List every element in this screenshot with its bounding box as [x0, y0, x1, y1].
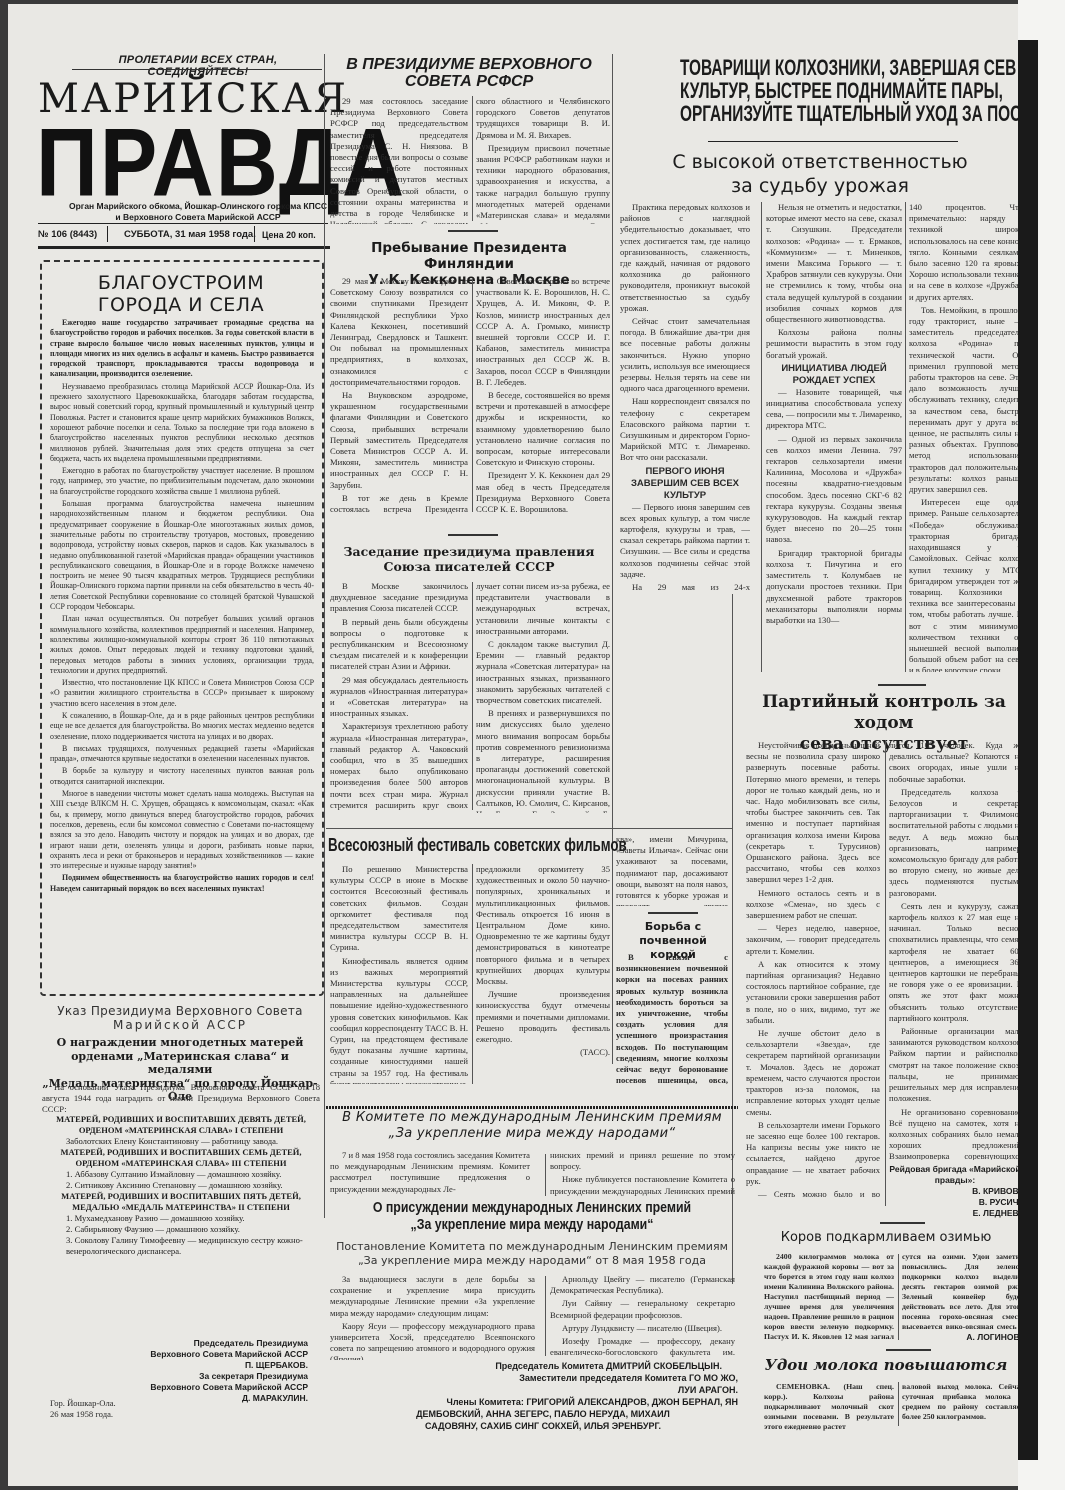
- decree-place: Гор. Йошкар-Ола.: [50, 1398, 170, 1409]
- front-page-banner: ТОВАРИЩИ КОЛХОЗНИКИ, ЗАВЕРШАЯ СЕВ ЯРОВЫХ…: [620, 56, 1020, 125]
- paragraph: На основании Указа Президиума Верховного…: [42, 1082, 320, 1112]
- article-body-party-col2: лится 105 человек. Куда же девались оста…: [889, 740, 1023, 1160]
- title-line: С высокой ответственностью: [620, 150, 1020, 174]
- paragraph: В борьбе за культуру и чистоту населенны…: [50, 766, 314, 787]
- scan-shadow: [1018, 40, 1038, 1460]
- title-line: за судьбу урожая: [620, 174, 1020, 198]
- article-body-harvest-col3: 140 процентов. Что примечательно: наряду…: [909, 202, 1023, 672]
- paragraph: Известно, что постановление ЦК КПСС и Со…: [50, 678, 314, 709]
- column-rule: [898, 1382, 899, 1426]
- paragraph: Сеять лен и кукурузу, сажать картофель к…: [889, 901, 1023, 1024]
- decree-place-date: Гор. Йошкар-Ола. 26 мая 1958 года.: [50, 1398, 170, 1420]
- cows-author: А. ЛОГИНОВ.: [902, 1332, 1022, 1343]
- title-line: „За укрепление мира между народами“: [326, 1126, 738, 1142]
- award-group-heading: МАТЕРЕЙ, РОДИВШИХ И ВОСПИТАВШИХ ДЕВЯТЬ Д…: [42, 1114, 320, 1136]
- author-name: В. РУСИЧ.: [889, 1197, 1021, 1208]
- column-rule: [905, 202, 906, 672]
- column-rule: [898, 1254, 899, 1340]
- paragraph: Не организовано соревнование. Всё пущено…: [889, 1107, 1023, 1161]
- paragraph: Тов. Немойкин, в прошлом году тракторист…: [909, 305, 1023, 495]
- signature-title: За секретаря Президиума: [118, 1371, 308, 1382]
- article-body-presidium-col1: 29 мая состоялось заседание Президиума В…: [330, 96, 468, 224]
- article-title-milk: Удои молока повышаются: [748, 1356, 1024, 1374]
- title-line: Союза писателей СССР: [328, 559, 610, 574]
- article-body-finland-col1: 29 мая в Москву из поездки по Советскому…: [330, 276, 468, 514]
- banner-line: ОРГАНИЗУЙТЕ ТЩАТЕЛЬНЫЙ УХОД ЗА ПОСЕВАМИ!: [680, 102, 960, 125]
- paragraph: Иозефу Громадке — профессору, декану ева…: [550, 1336, 735, 1360]
- decree-intro: На основании Указа Президиума Верховного…: [42, 1082, 320, 1112]
- divider: [648, 912, 698, 914]
- newspaper-page: ПРОЛЕТАРИИ ВСЕХ СТРАН, СОЕДИНЯЙТЕСЬ! МАР…: [8, 4, 1018, 1486]
- article-body-harvest-col2: Нельзя не отметить и недостатки, которые…: [766, 202, 902, 672]
- paragraph: Колхозы района полны решимости вырастить…: [766, 327, 902, 361]
- lenin-award-title: О присуждении международных Ленинских пр…: [326, 1200, 738, 1234]
- title-line: В ПРЕЗИДИУМЕ ВЕРХОВНОГО: [328, 56, 610, 73]
- subheading: ПЕРВОГО ИЮНЯ ЗАВЕРШИМ СЕВ ВСЕХ КУЛЬТУР: [620, 466, 750, 502]
- committee-deputies: Заместители председателя Комитета ГО МО …: [348, 1372, 738, 1384]
- paragraph: Сейчас стоит замечательная погода. В бли…: [620, 316, 750, 394]
- article-body-milk-col1: СЕМЕНОВКА. (Наш спец. корр.). Колхозы ра…: [764, 1382, 894, 1432]
- signature-title: Председатель Президиума: [118, 1338, 308, 1349]
- paragraph: По решению Министерства культуры СССР в …: [330, 864, 468, 954]
- award-recipient: 1. Аббазову Султанию Измайловну — домашн…: [42, 1169, 320, 1180]
- article-body-soil-crust: В связи с возникновением почвенной корки…: [616, 952, 728, 1086]
- committee-members-line: САДОВЯНУ, САХИБ СИНГ СОКХЕЙ, ИЛЬЯ ЭРЕНБУ…: [348, 1420, 738, 1432]
- article-body-party-col1: Неустойчивая погода нынешней весны не по…: [746, 740, 880, 1200]
- article-tail-previous: ква», имени Мичурина, «Заветы Ильича». С…: [616, 834, 728, 906]
- paragraph: 2400 килограммов молока от каждой фуражн…: [764, 1252, 894, 1342]
- paragraph: Ниже публикуется постановление Комитета …: [550, 1174, 735, 1198]
- paragraph: Районные организации мало занимаются рук…: [889, 1026, 1023, 1104]
- paragraph: Неустойчивая погода нынешней весны не по…: [746, 740, 880, 886]
- paragraph: сутся на озими. Удои заметно повысились.…: [902, 1252, 1024, 1332]
- masthead-organ: Орган Марийского обкома, Йошкар-Олинског…: [68, 201, 328, 223]
- title-line: ГОРОДА И СЕЛА: [42, 294, 320, 316]
- title-line: БЛАГОУСТРОИМ: [42, 272, 320, 294]
- paragraph: — Одной из первых закончила сев колхоз и…: [766, 434, 902, 546]
- editorial-title: БЛАГОУСТРОИМ ГОРОДА И СЕЛА: [42, 272, 320, 316]
- paragraph: К сожалению, в Йошкар-Оле, да и в ряде р…: [50, 711, 314, 742]
- article-body-film-col1: По решению Министерства культуры СССР в …: [330, 864, 468, 1084]
- issue-date: СУББОТА, 31 мая 1958 года.: [124, 229, 256, 240]
- paragraph: Кинофестиваль является одним из важных м…: [330, 956, 468, 1084]
- paragraph: Ежегодно наше государство затрачивает гр…: [50, 318, 314, 380]
- column-rule: [612, 54, 613, 1064]
- award-recipient: 2. Ситникову Аксинию Степановну — домашн…: [42, 1180, 320, 1191]
- article-title-film-festival: Всесоюзный фестиваль советских фильмов: [328, 834, 550, 856]
- paragraph: В беседе, состоявшейся во время встречи …: [476, 390, 610, 468]
- award-recipient: 3. Соколову Галину Тимофеевну — медицинс…: [42, 1235, 320, 1257]
- paragraph: Характеризуя трехлетнюю работу журнала «…: [330, 721, 468, 811]
- paragraph: За выдающиеся заслуги в деле борьбы за с…: [330, 1274, 535, 1319]
- paragraph: Интересен еще один пример. Раньше сельхо…: [909, 497, 1023, 672]
- title-line: Марийской АССР: [40, 1018, 320, 1032]
- title-line: Борьба с почвенной: [614, 920, 732, 948]
- paragraph: В связи с возникновением почвенной корки…: [616, 952, 728, 1086]
- award-group-heading: МАТЕРЕЙ, РОДИВШИХ И ВОСПИТАВШИХ ПЯТЬ ДЕТ…: [42, 1191, 320, 1213]
- heading-line: орденами „Материнская слава“ и медалями: [40, 1050, 320, 1077]
- paragraph: План начал осуществляться. Он потребует …: [50, 614, 314, 676]
- paragraph: На Внуковском аэродроме, украшенном госу…: [330, 390, 468, 491]
- banner-line: ТОВАРИЩИ КОЛХОЗНИКИ, ЗАВЕРШАЯ СЕВ ЯРОВЫХ: [680, 56, 960, 79]
- paragraph: Поднимем общественность на благоустройст…: [50, 873, 314, 894]
- decree-awards-list: МАТЕРЕЙ, РОДИВШИХ И ВОСПИТАВШИХ ДЕВЯТЬ Д…: [42, 1114, 320, 1257]
- article-body-finland-col2: С Советской стороны во встрече участвова…: [476, 276, 610, 516]
- divider: [880, 1222, 925, 1224]
- paragraph: На 29 мая из 24-х сельхозартелей района …: [620, 582, 750, 592]
- paragraph: В первый день были обсуждены вопросы о п…: [330, 617, 468, 673]
- paragraph: Каору Ясуи — профессору международного п…: [330, 1321, 535, 1360]
- column-rule: [545, 1276, 546, 1356]
- paragraph: В Москве закончилось двухдневное заседан…: [330, 581, 468, 615]
- lenin-committee-members: Председатель Комитета ДМИТРИЙ СКОБЕЛЬЦЫН…: [348, 1360, 738, 1432]
- title-line: Партийный контроль за ходом: [744, 692, 1024, 734]
- column-rule: [761, 202, 762, 672]
- paragraph: В тот же день в Кремле состоялась встреч…: [330, 493, 468, 514]
- article-body-presidium-col2: ского областного и Челябинского городско…: [476, 96, 610, 224]
- paragraph: 7 и 8 мая 1958 года состоялись заседания…: [330, 1150, 530, 1195]
- column-rule: [545, 1154, 546, 1196]
- divider: [38, 223, 328, 224]
- article-body-harvest-col1: Практика передовых колхозов и районов с …: [620, 202, 750, 592]
- paragraph: С докладом также выступил Д. Еремин — гл…: [476, 639, 610, 706]
- paragraph: Президиум присвоил почетные звания РСФСР…: [476, 143, 610, 224]
- party-control-byline: Рейдовая бригада «Марийской правды»: В. …: [889, 1164, 1021, 1219]
- column-rule: [472, 582, 473, 810]
- paragraph: В письмах трудящихся, полученных редакци…: [50, 744, 314, 765]
- paragraph: — Назовите товарищей, чья инициатива спо…: [766, 387, 902, 432]
- column-rule: [324, 1004, 325, 1218]
- article-body-writers-col2: лучает сотни писем из-за рубежа, ее пред…: [476, 581, 610, 813]
- issue-price: Цена 20 коп.: [262, 230, 316, 240]
- subtitle-line: Постановление Комитета по международным …: [326, 1240, 738, 1254]
- paragraph: 29 мая состоялось заседание Президиума В…: [330, 96, 468, 224]
- paragraph: Не лучше обстоит дело в сельхозартели «З…: [746, 1028, 880, 1118]
- paragraph: СЕМЕНОВКА. (Наш спец. корр.). Колхозы ра…: [764, 1382, 894, 1432]
- divider: [448, 534, 498, 536]
- decree-signatures: Председатель Президиума Верховного Совет…: [118, 1338, 308, 1404]
- subheading: ИНИЦИАТИВА ЛЮДЕЙ РОЖДАЕТ УСПЕХ: [766, 363, 902, 387]
- title-line: Заседание президиума правления: [328, 544, 610, 559]
- divider: [254, 226, 255, 242]
- signature-name: П. ЩЕРБАКОВ.: [118, 1360, 308, 1371]
- paragraph: — Через неделю, наверное, закончим, — го…: [746, 923, 880, 957]
- banner-line: КУЛЬТУР, БЫСТРЕЕ ПОДНИМАЙТЕ ПАРЫ,: [680, 79, 960, 102]
- column-rule: [472, 96, 473, 221]
- divider: [326, 828, 732, 829]
- paragraph: Немного осталось сеять и в колхозе «Смен…: [746, 888, 880, 922]
- editorial-body: Ежегодно наше государство затрачивает гр…: [50, 318, 314, 984]
- paragraph: ского областного и Челябинского городско…: [476, 96, 610, 141]
- subtitle-line: „За укрепление мира между народами“ от 8…: [326, 1254, 738, 1268]
- paragraph: — Первого июня завершим сев всех яровых …: [620, 502, 750, 580]
- article-title-cows: Коров подкармливаем озимью: [748, 1230, 1024, 1246]
- title-line: В Комитете по международным Ленинским пр…: [326, 1110, 738, 1126]
- award-group-heading: МАТЕРЕЙ, РОДИВШИХ И ВОСПИТАВШИХ СЕМЬ ДЕТ…: [42, 1147, 320, 1169]
- byline: Рейдовая бригада «Марийской правды»:: [889, 1164, 1021, 1186]
- paragraph: Нельзя не отметить и недостатки, которые…: [766, 202, 902, 325]
- article-body-cows-col1: 2400 килограммов молока от каждой фуражн…: [764, 1252, 894, 1342]
- article-body-cows-col2: сутся на озими. Удои заметно повысились.…: [902, 1252, 1024, 1332]
- heading-line: О награждении многодетных матерей: [40, 1036, 320, 1050]
- organ-line: и Верховного Совета Марийской АССР: [68, 212, 328, 223]
- paragraph: В сельхозартели имени Горького не засеян…: [746, 1120, 880, 1187]
- paragraph: Председатель колхоза т. Белоусов и секре…: [889, 787, 1023, 899]
- signature-title: Верховного Совета Марийской АССР: [118, 1382, 308, 1393]
- committee-members-line: ДЕМБОВСКИЙ, АННА ЗЕГЕРС, ПАБЛО НЕРУДА, М…: [348, 1408, 738, 1420]
- lenin-award-col1: За выдающиеся заслуги в деле борьбы за с…: [330, 1274, 535, 1360]
- paragraph: предложили оргкомитету 35 художественных…: [476, 864, 610, 987]
- committee-chair: Председатель Комитета ДМИТРИЙ СКОБЕЛЬЦЫН…: [348, 1360, 738, 1372]
- lenin-committee-col2: нинских премий и принял решение по этому…: [550, 1150, 735, 1198]
- paragraph: Наш корреспондент связался по телефону с…: [620, 396, 750, 463]
- paragraph: Лучшие произведения киноискусства будут …: [476, 989, 610, 1045]
- paragraph: Артуру Лундквисту — писателю (Швеция).: [550, 1323, 735, 1334]
- article-title-harvest: С высокой ответственностью за судьбу уро…: [620, 150, 1020, 198]
- organ-line: Орган Марийского обкома, Йошкар-Олинског…: [68, 201, 328, 212]
- column-rule: [472, 864, 473, 1084]
- paragraph: Многое в наведении чистоты может сделать…: [50, 789, 314, 871]
- article-body-writers-col1: В Москве закончилось двухдневное заседан…: [330, 581, 468, 811]
- paragraph: А как относится к этому партийная органи…: [746, 959, 880, 1026]
- paragraph: Бригадир тракторной бригады колхоза т. П…: [766, 548, 902, 626]
- article-title-writers: Заседание президиума правления Союза пис…: [328, 544, 610, 574]
- title-line: Указ Президиума Верховного Совета: [40, 1004, 320, 1018]
- paragraph: ква», имени Мичурина, «Заветы Ильича». С…: [616, 834, 728, 906]
- award-recipient: 1. Мухамедханову Разию — домашнюю хозяйк…: [42, 1213, 320, 1224]
- paragraph: Арнольду Цвейгу — писателю (Германская Д…: [550, 1274, 735, 1296]
- paragraph: лучает сотни писем из-за рубежа, ее пред…: [476, 581, 610, 637]
- divider: [708, 141, 958, 142]
- paragraph: Практика передовых колхозов и районов с …: [620, 202, 750, 314]
- title-line: Пребывание Президента Финляндии: [328, 240, 610, 272]
- source-credit: (ТАСС).: [476, 1047, 610, 1058]
- decree-title: Указ Президиума Верховного Совета Марийс…: [40, 1004, 320, 1032]
- lenin-committee-title: В Комитете по международным Ленинским пр…: [326, 1110, 738, 1142]
- paragraph: валовой выход молока. Сейчас суточная пр…: [902, 1382, 1024, 1422]
- paragraph: 29 мая обсуждалась деятельность журналов…: [330, 675, 468, 720]
- award-recipient: Заболотских Елену Константиновну — работ…: [42, 1136, 320, 1147]
- paragraph: 29 мая в Москву из поездки по Советскому…: [330, 276, 468, 388]
- paragraph: Неузнаваемо преобразилась столица Марийс…: [50, 382, 314, 464]
- decree-date: 26 мая 1958 года.: [50, 1409, 170, 1420]
- paragraph: — Сеять можно было и во вторую смену, — …: [746, 1189, 880, 1200]
- article-title-presidium: В ПРЕЗИДИУМЕ ВЕРХОВНОГО СОВЕТА РСФСР: [328, 56, 610, 90]
- title-line: СОВЕТА РСФСР: [328, 73, 610, 90]
- divider: [107, 226, 108, 242]
- paragraph: Ежегодно в работах по благоустройству уч…: [50, 466, 314, 497]
- masthead-slogan: ПРОЛЕТАРИИ ВСЕХ СТРАН, СОЕДИНЯЙТЕСЬ!: [72, 54, 324, 78]
- paragraph: В прениях и развернувшихся по ним дискус…: [476, 708, 610, 813]
- author-name: В. КРИВОВ.: [889, 1186, 1021, 1197]
- lenin-award-subtitle: Постановление Комитета по международным …: [326, 1240, 738, 1268]
- column-rule: [324, 54, 325, 1064]
- paragraph: Президент У. К. Кекконен дал 29 мая обед…: [476, 470, 610, 515]
- title-line: „За укрепление мира между народами“: [357, 1217, 707, 1234]
- lenin-award-col2: Арнольду Цвейгу — писателю (Германская Д…: [550, 1274, 735, 1360]
- column-rule: [885, 740, 886, 1206]
- title-line: О присуждении международных Ленинских пр…: [357, 1200, 707, 1217]
- divider: [72, 69, 322, 70]
- paragraph: нинских премий и принял решение по этому…: [550, 1150, 735, 1172]
- award-recipient: 2. Сабирьянову Фаузию — домашнюю хозяйку…: [42, 1224, 320, 1235]
- divider: [886, 1349, 931, 1351]
- divider: [878, 684, 926, 686]
- committee-members-line: Члены Комитета: ГРИГОРИЙ АЛЕКСАНДРОВ, ДЖ…: [348, 1396, 738, 1408]
- issue-number: № 106 (8443): [38, 229, 97, 240]
- divider: [326, 1106, 738, 1109]
- article-body-milk-col2: валовой выход молока. Сейчас суточная пр…: [902, 1382, 1024, 1432]
- committee-deputies: ЛУИ АРАГОН.: [348, 1384, 738, 1396]
- author-name: Е. ЛЕДНЕВ.: [889, 1208, 1021, 1219]
- lenin-committee-col1: 7 и 8 мая 1958 года состоялись заседания…: [330, 1150, 530, 1198]
- signature-title: Верховного Совета Марийской АССР: [118, 1349, 308, 1360]
- paragraph: 140 процентов. Что примечательно: наряду…: [909, 202, 1023, 303]
- paragraph: лится 105 человек. Куда же девались оста…: [889, 740, 1023, 785]
- divider: [448, 230, 498, 232]
- article-body-film-col2: предложили оргкомитету 35 художественных…: [476, 864, 610, 1086]
- column-rule: [472, 278, 473, 512]
- divider: [38, 246, 330, 249]
- paragraph: Большая программа благоустройства намече…: [50, 499, 314, 612]
- paragraph: С Советской стороны во встрече участвова…: [476, 276, 610, 388]
- paragraph: Луи Сайяну — генеральному секретарю Всем…: [550, 1298, 735, 1320]
